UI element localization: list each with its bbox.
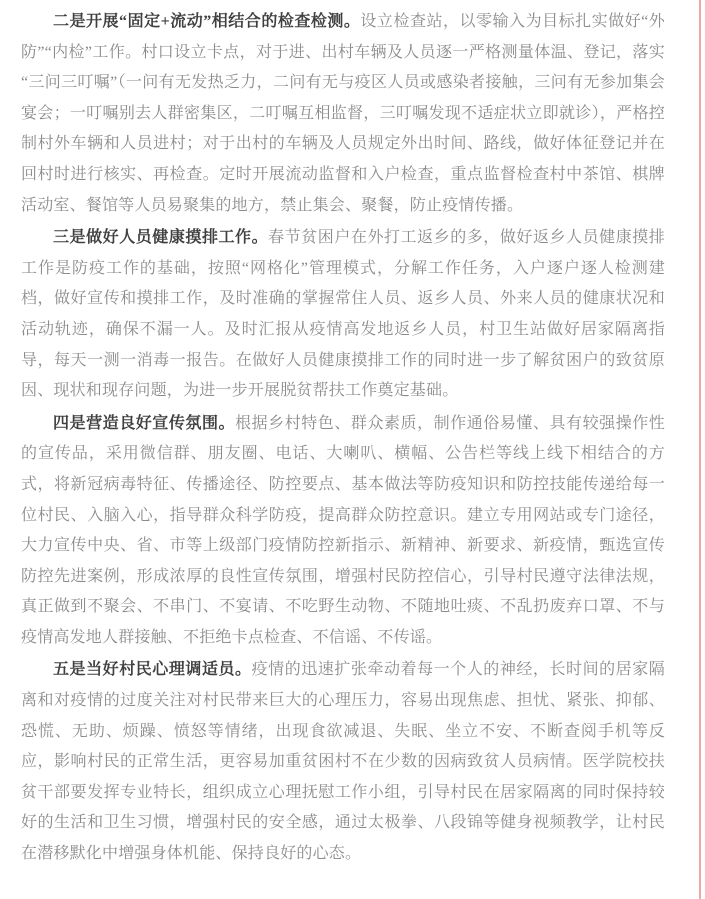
paragraph-third-measure: 三是做好人员健康摸排工作。春节贫困户在外打工返乡的多，做好返乡人员健康摸排工作是…	[21, 223, 665, 407]
document-page: 二是开展“固定+流动”相结合的检查检测。设立检查站，以零输入为目标扎实做好“外防…	[0, 0, 705, 899]
paragraph-lead: 三是做好人员健康摸排工作。	[53, 229, 268, 246]
page-edge-line	[699, 0, 701, 899]
paragraph-body: 疫情的迅速扩张牵动着每一个人的神经，长时间的居家隔离和对疫情的过度关注对村民带来…	[21, 661, 665, 862]
paragraph-fourth-measure: 四是营造良好宣传氛围。根据乡村特色、群众素质，制作通俗易懂、具有较强操作性的宣传…	[21, 409, 665, 654]
paragraph-lead: 二是开展“固定+流动”相结合的检查检测。	[53, 13, 360, 30]
paragraph-lead: 五是当好村民心理调适员。	[53, 661, 252, 678]
paragraph-body: 设立检查站，以零输入为目标扎实做好“外防”“内检”工作。村口设立卡点，对于进、出…	[21, 13, 665, 214]
paragraph-fifth-measure: 五是当好村民心理调适员。疫情的迅速扩张牵动着每一个人的神经，长时间的居家隔离和对…	[21, 655, 665, 869]
paragraph-body: 春节贫困户在外打工返乡的多，做好返乡人员健康摸排工作是防疫工作的基础，按照“网格…	[21, 229, 665, 399]
paragraph-second-measure: 二是开展“固定+流动”相结合的检查检测。设立检查站，以零输入为目标扎实做好“外防…	[21, 7, 665, 221]
paragraph-body: 根据乡村特色、群众素质，制作通俗易懂、具有较强操作性的宣传品，采用微信群、朋友圈…	[21, 415, 665, 646]
paragraph-lead: 四是营造良好宣传氛围。	[53, 415, 235, 432]
